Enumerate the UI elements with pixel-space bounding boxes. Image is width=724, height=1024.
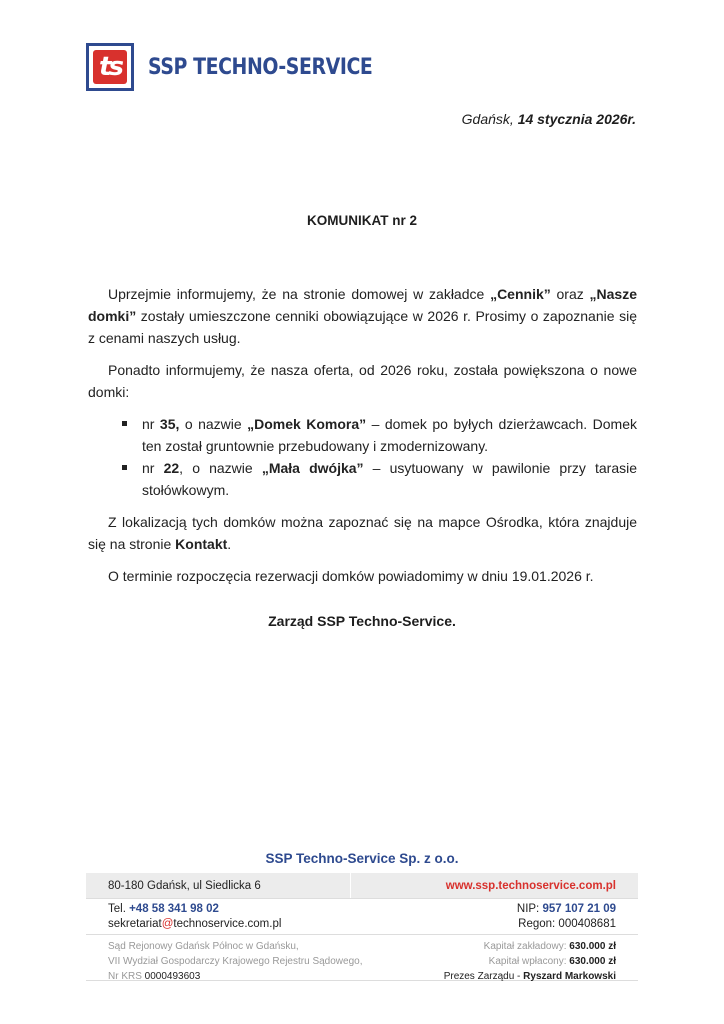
logo-emblem: ts bbox=[86, 43, 134, 91]
cabin-number: 35, bbox=[160, 416, 179, 432]
krs-label: Nr KRS bbox=[108, 971, 145, 982]
document-body: Uprzejmie informujemy, że na stronie dom… bbox=[88, 283, 637, 597]
court-line-2: VII Wydział Gospodarczy Krajowego Rejest… bbox=[108, 954, 362, 969]
footer-company-name: SSP Techno-Service Sp. z o.o. bbox=[0, 851, 724, 866]
phone-link[interactable]: +48 58 341 98 02 bbox=[129, 903, 219, 915]
text: Z lokalizacją tych domków można zapoznać… bbox=[88, 514, 637, 552]
paragraph-reservation: O terminie rozpoczęcia rezerwacji domków… bbox=[88, 565, 637, 587]
contact-right: NIP: 957 107 21 09 Regon: 000408681 bbox=[517, 902, 616, 934]
company-logo: ts SSP TECHNO-SERVICE bbox=[86, 43, 409, 91]
email-domain: technoservice.com.pl bbox=[173, 918, 281, 930]
email-user: sekretariat bbox=[108, 918, 162, 930]
kontakt-page-name: Kontakt bbox=[175, 536, 227, 552]
legal-right: Kapitał zakładowy: 630.000 zł Kapitał wp… bbox=[444, 939, 616, 980]
paid-capital-label: Kapitał wpłacony: bbox=[489, 956, 570, 967]
footer-row-address: 80-180 Gdańsk, ul Siedlicka 6 www.ssp.te… bbox=[86, 873, 638, 899]
cennik-tab-name: „Cennik” bbox=[490, 286, 551, 302]
cabin-name: „Mała dwójka” bbox=[262, 460, 364, 476]
email-link[interactable]: sekretariat@technoservice.com.pl bbox=[108, 917, 281, 932]
nip-value: 957 107 21 09 bbox=[542, 903, 616, 915]
website-link[interactable]: www.ssp.technoservice.com.pl bbox=[446, 880, 616, 892]
list-item: nr 22, o nazwie „Mała dwójka” – usytuowa… bbox=[142, 457, 637, 501]
text: . bbox=[227, 536, 231, 552]
text: nr bbox=[142, 460, 164, 476]
email-at: @ bbox=[162, 918, 174, 930]
regon: Regon: 000408681 bbox=[517, 917, 616, 932]
capital-value: 630.000 zł bbox=[569, 941, 616, 952]
date-value: 14 stycznia 2026r. bbox=[518, 111, 636, 127]
text: nr bbox=[142, 416, 160, 432]
list-item: nr 35, o nazwie „Domek Komora” – domek p… bbox=[142, 413, 637, 457]
ceo-name: Ryszard Markowski bbox=[523, 971, 616, 982]
footer-row-contact: Tel. +48 58 341 98 02 sekretariat@techno… bbox=[86, 899, 638, 935]
text: Uprzejmie informujemy, że na stronie dom… bbox=[108, 286, 490, 302]
text: oraz bbox=[551, 286, 590, 302]
footer-row-legal: Sąd Rejonowy Gdańsk Północ w Gdańsku, VI… bbox=[86, 935, 638, 981]
paragraph-location: Z lokalizacją tych domków można zapoznać… bbox=[88, 511, 637, 555]
krs-value: 0000493603 bbox=[145, 971, 201, 982]
tel-label: Tel. bbox=[108, 903, 129, 915]
paragraph-new-offer: Ponadto informujemy, że nasza oferta, od… bbox=[88, 359, 637, 403]
document-date: Gdańsk, 14 stycznia 2026r. bbox=[462, 111, 636, 127]
new-cabins-list: nr 35, o nazwie „Domek Komora” – domek p… bbox=[88, 413, 637, 501]
date-place: Gdańsk, bbox=[462, 111, 514, 127]
ts-logo-icon: ts bbox=[93, 50, 127, 84]
text: o nazwie bbox=[179, 416, 247, 432]
logo-wordmark: SSP TECHNO-SERVICE bbox=[148, 55, 372, 80]
nip-label: NIP: bbox=[517, 903, 543, 915]
address: 80-180 Gdańsk, ul Siedlicka 6 bbox=[108, 880, 261, 892]
cabin-name: „Domek Komora” bbox=[247, 416, 366, 432]
ceo-label: Prezes Zarządu - bbox=[444, 971, 523, 982]
text: , o nazwie bbox=[179, 460, 262, 476]
capital-label: Kapitał zakładowy: bbox=[484, 941, 570, 952]
contact-left: Tel. +48 58 341 98 02 sekretariat@techno… bbox=[108, 902, 281, 934]
court-line-1: Sąd Rejonowy Gdańsk Północ w Gdańsku, bbox=[108, 939, 362, 954]
paragraph-pricing: Uprzejmie informujemy, że na stronie dom… bbox=[88, 283, 637, 349]
signature: Zarząd SSP Techno-Service. bbox=[0, 613, 724, 629]
text: zostały umieszczone cenniki obowiązujące… bbox=[88, 308, 637, 346]
legal-left: Sąd Rejonowy Gdańsk Północ w Gdańsku, VI… bbox=[108, 939, 362, 980]
footer: 80-180 Gdańsk, ul Siedlicka 6 www.ssp.te… bbox=[86, 873, 638, 981]
document-title: KOMUNIKAT nr 2 bbox=[0, 213, 724, 228]
cabin-number: 22 bbox=[164, 460, 180, 476]
paid-capital-value: 630.000 zł bbox=[569, 956, 616, 967]
